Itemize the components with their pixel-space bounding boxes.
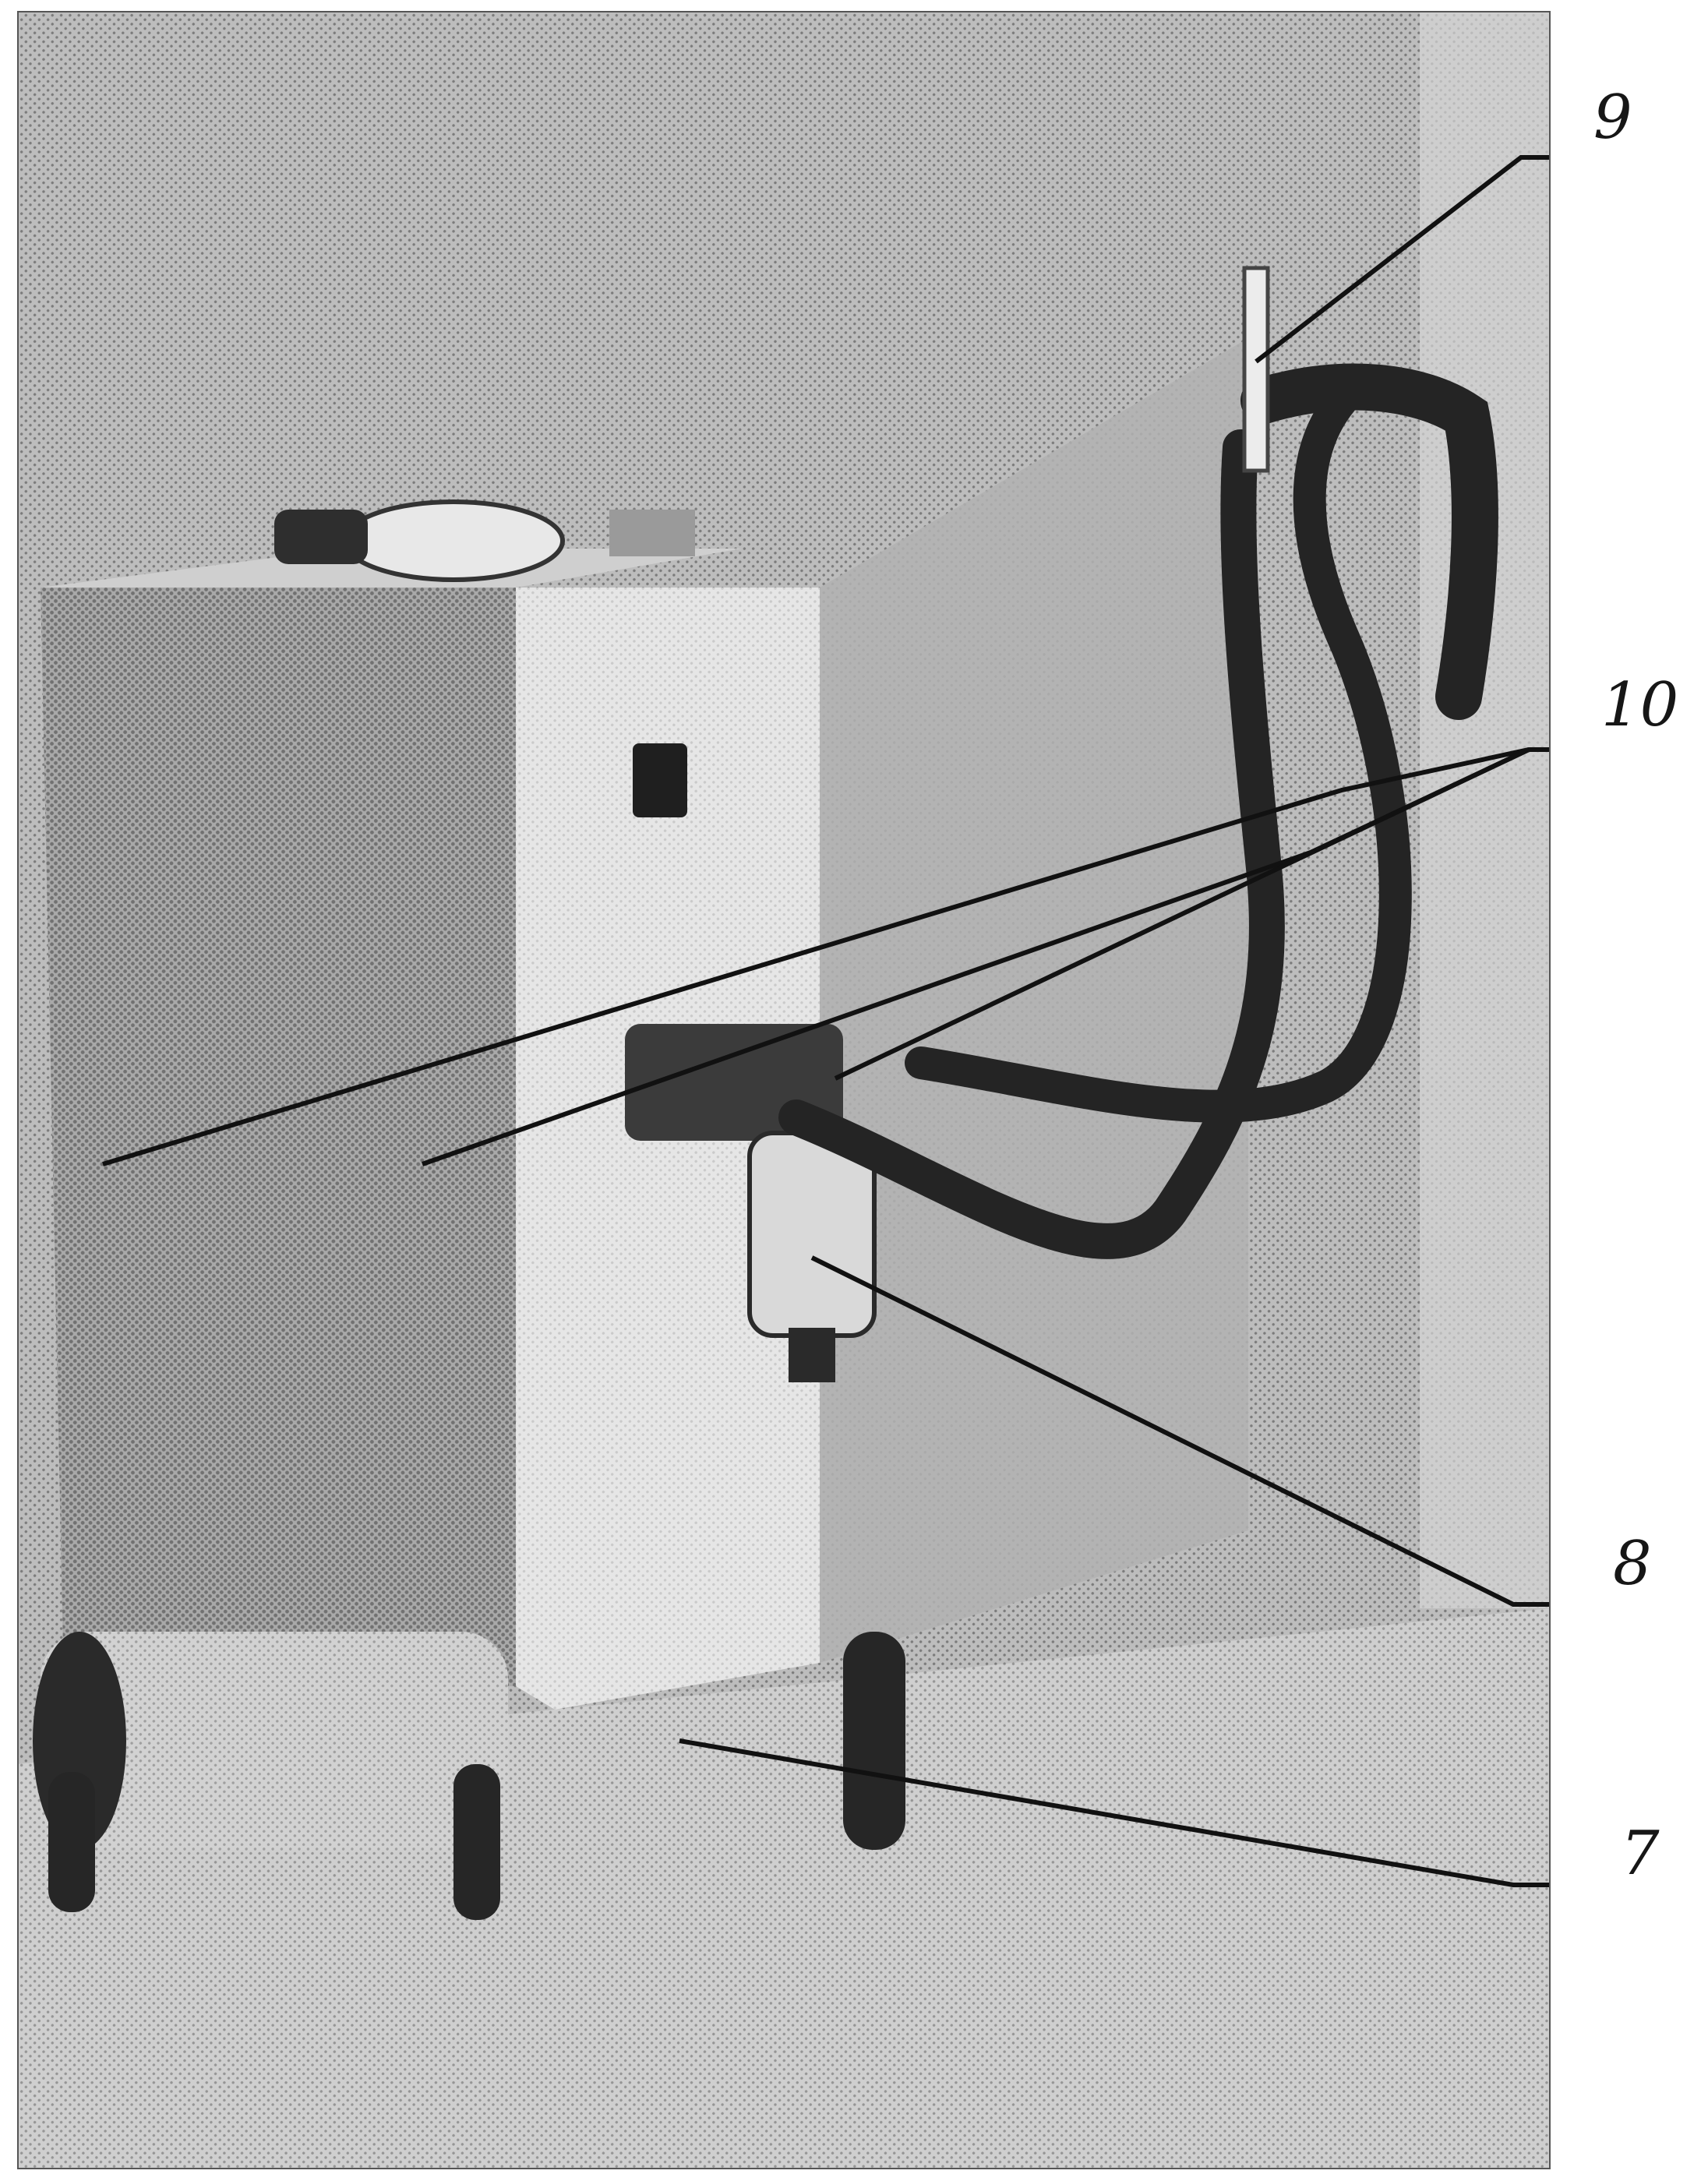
top-gauge — [344, 502, 563, 580]
vertical-tube — [1244, 268, 1268, 471]
callout-label-8: 8 — [1613, 1533, 1652, 1594]
front-switch — [633, 743, 687, 817]
callout-label-10: 10 — [1601, 675, 1678, 736]
equipment-photo — [17, 11, 1551, 2169]
right-wall-panel — [1420, 11, 1551, 1608]
callout-label-7: 7 — [1621, 1823, 1660, 1884]
callout-label-9: 9 — [1593, 87, 1632, 148]
